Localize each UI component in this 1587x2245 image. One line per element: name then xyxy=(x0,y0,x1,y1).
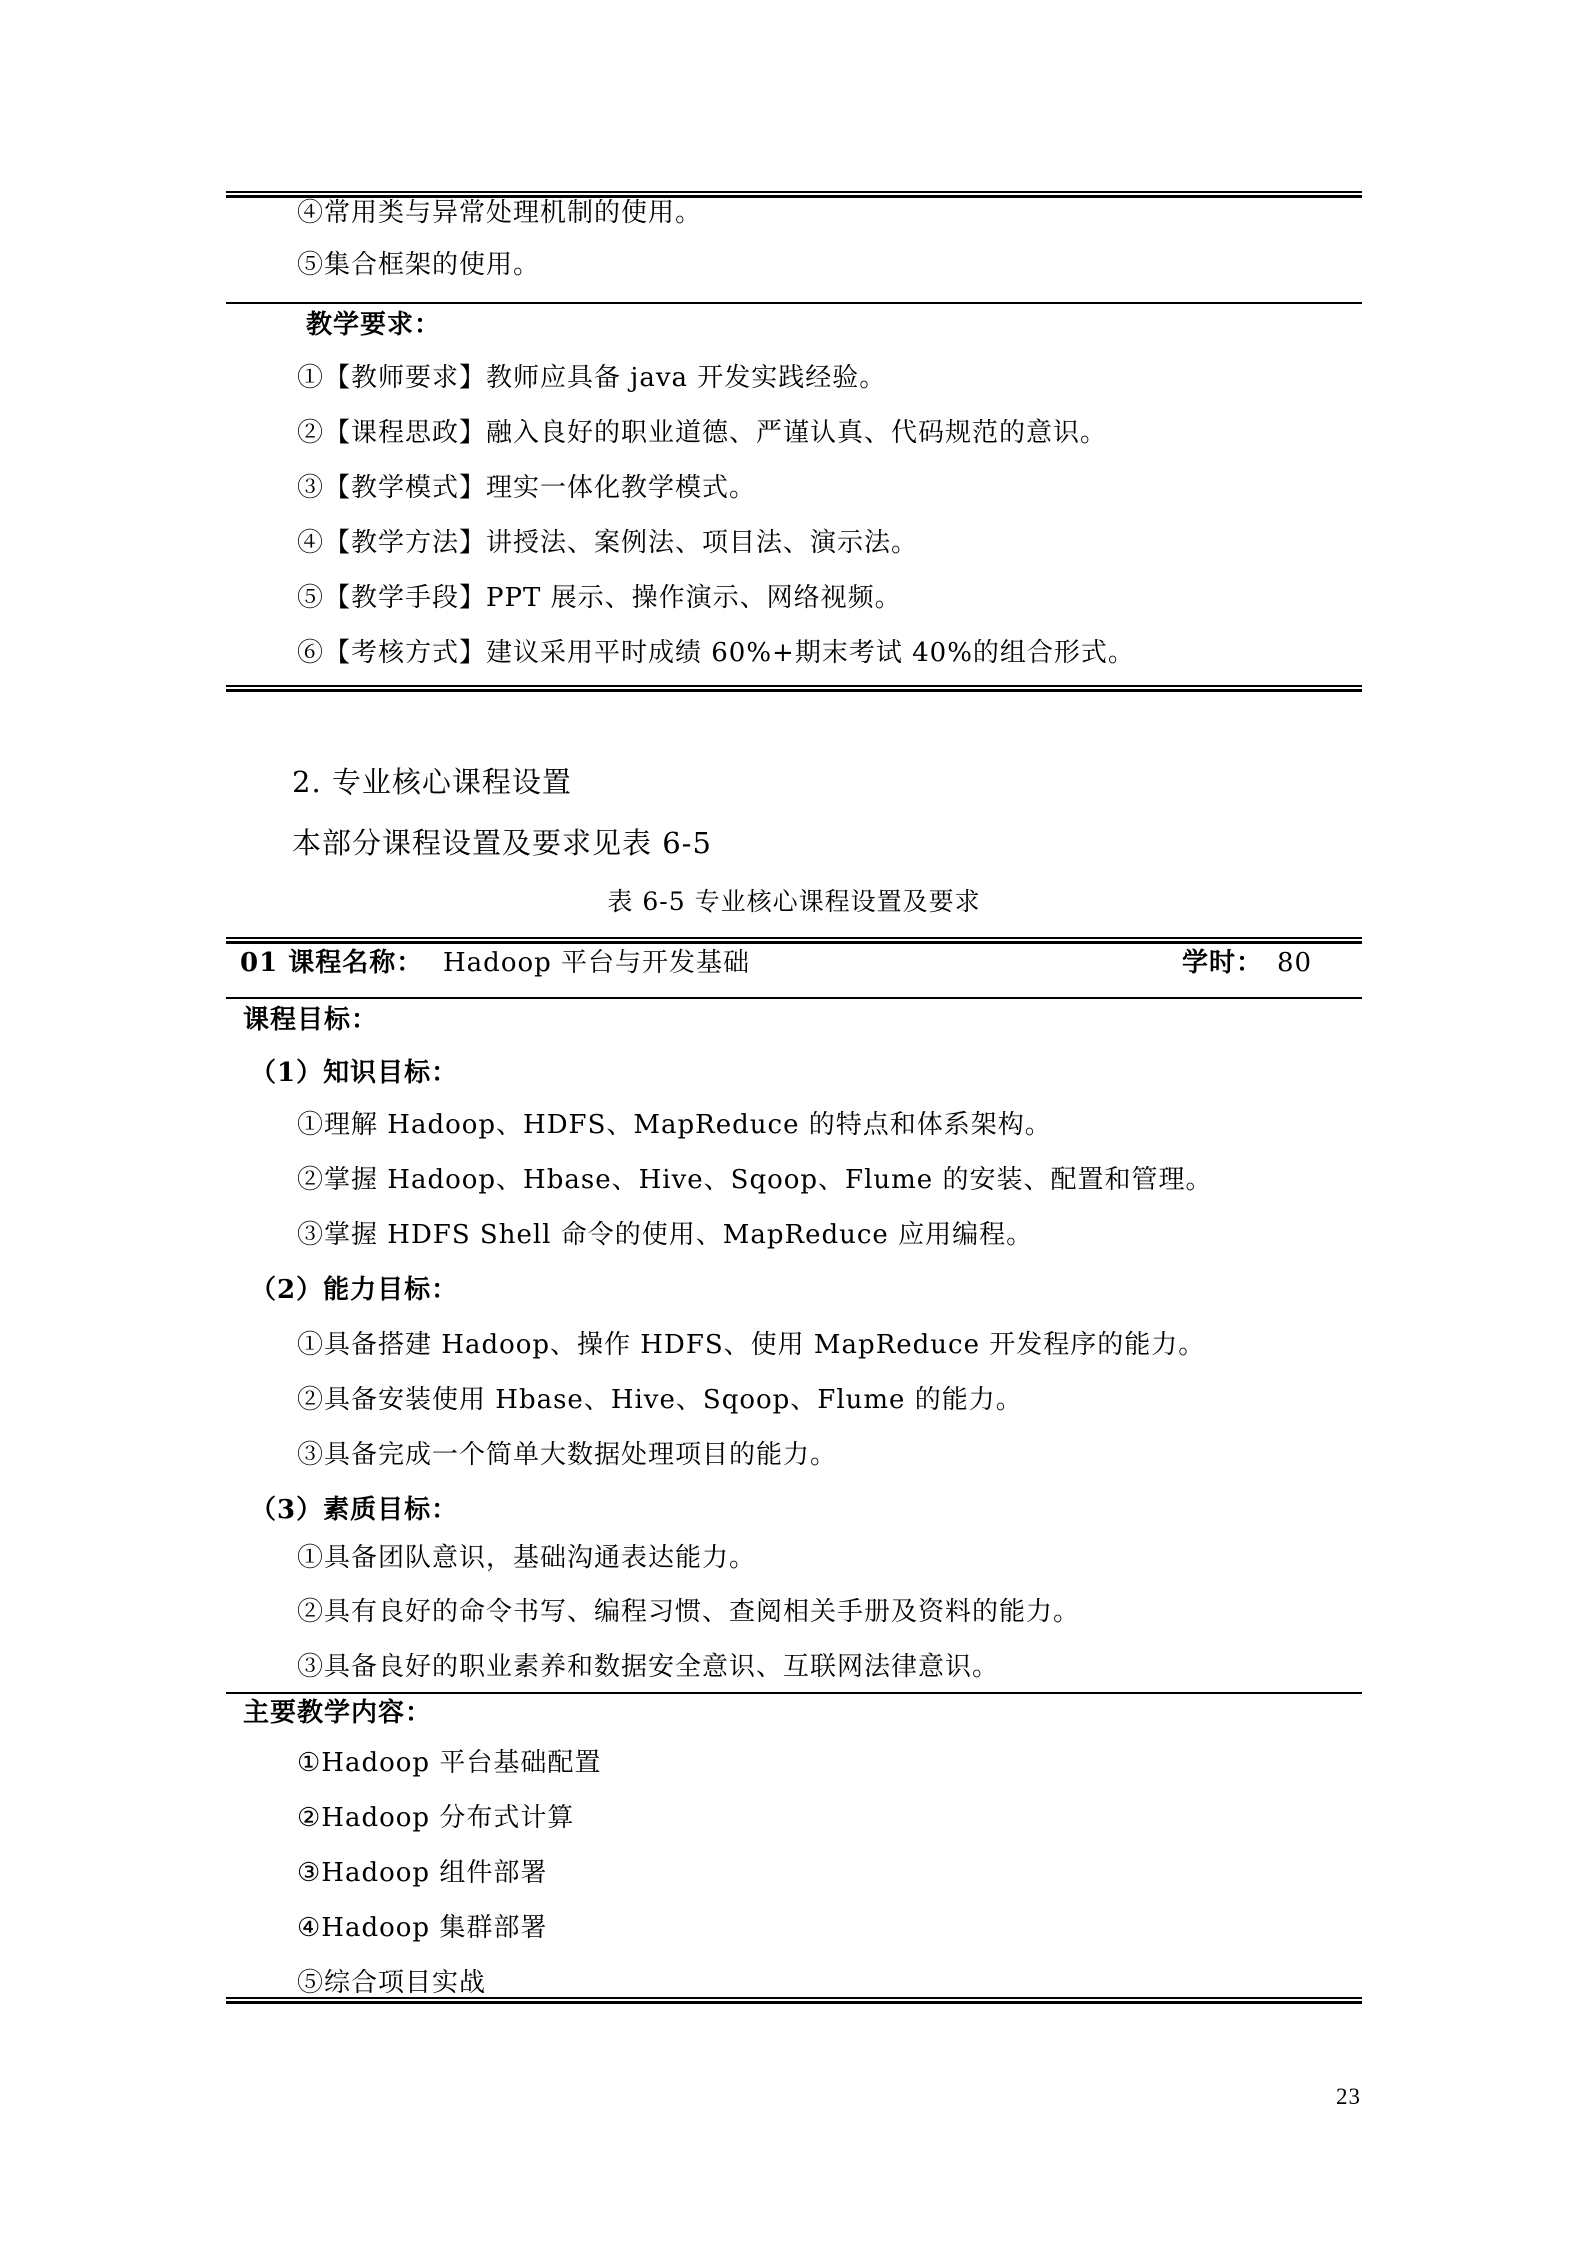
objective-item: ③掌握 HDFS Shell 命令的使用、MapReduce 应用编程。 xyxy=(297,1220,1033,1250)
content-item: ④常用类与异常处理机制的使用。 xyxy=(297,198,702,228)
content-item: ②Hadoop 分布式计算 xyxy=(297,1803,574,1833)
objective-item: ③具备完成一个简单大数据处理项目的能力。 xyxy=(297,1440,837,1470)
hours-label: 学时： xyxy=(1182,948,1263,978)
content-item: ⑤综合项目实战 xyxy=(297,1968,486,1998)
course-name-label: 01 课程名称： xyxy=(240,948,423,978)
objective-group-title: （2）能力目标： xyxy=(250,1275,458,1305)
course-name-value: Hadoop 平台与开发基础 xyxy=(443,948,750,978)
section-intro: 本部分课程设置及要求见表 6-5 xyxy=(292,826,712,860)
requirements-title: 教学要求： xyxy=(306,310,441,340)
requirement-item: ⑤【教学手段】PPT 展示、操作演示、网络视频。 xyxy=(297,583,902,613)
course-header-divider xyxy=(226,997,1362,999)
objective-item: ①理解 Hadoop、HDFS、MapReduce 的特点和体系架构。 xyxy=(297,1110,1052,1140)
objective-item: ②掌握 Hadoop、Hbase、Hive、Sqoop、Flume 的安装、配置… xyxy=(297,1165,1212,1195)
requirement-item: ①【教师要求】教师应具备 java 开发实践经验。 xyxy=(297,363,886,393)
content-item: ③Hadoop 组件部署 xyxy=(297,1858,547,1888)
content-item: ①Hadoop 平台基础配置 xyxy=(297,1748,601,1778)
section-heading: 2. 专业核心课程设置 xyxy=(292,765,572,799)
document-page: ④常用类与异常处理机制的使用。 ⑤集合框架的使用。 教学要求： ①【教师要求】教… xyxy=(0,0,1587,2245)
objective-item: ②具备安装使用 Hbase、Hive、Sqoop、Flume 的能力。 xyxy=(297,1385,1023,1415)
table-divider-rule xyxy=(226,302,1362,304)
page-number: 23 xyxy=(1336,2084,1361,2110)
objective-item: ①具备团队意识，基础沟通表达能力。 xyxy=(297,1543,756,1573)
course-table-top-double-rule xyxy=(226,937,1362,944)
hours-value: 80 xyxy=(1277,948,1312,978)
table-top-double-rule xyxy=(226,191,1362,198)
content-title: 主要教学内容： xyxy=(243,1698,432,1728)
objective-group-title: （3）素质目标： xyxy=(250,1495,458,1525)
content-item: ④Hadoop 集群部署 xyxy=(297,1913,547,1943)
content-item: ⑤集合框架的使用。 xyxy=(297,250,540,280)
requirement-item: ②【课程思政】融入良好的职业道德、严谨认真、代码规范的意识。 xyxy=(297,418,1107,448)
requirement-item: ④【教学方法】讲授法、案例法、项目法、演示法。 xyxy=(297,528,918,558)
objective-item: ②具有良好的命令书写、编程习惯、查阅相关手册及资料的能力。 xyxy=(297,1597,1080,1627)
table-caption: 表 6-5 专业核心课程设置及要求 xyxy=(226,887,1362,917)
content-divider-rule xyxy=(226,1692,1362,1694)
objective-group-title: （1）知识目标： xyxy=(250,1058,458,1088)
requirement-item: ⑥【考核方式】建议采用平时成绩 60%+期末考试 40%的组合形式。 xyxy=(297,638,1135,668)
table-bottom-double-rule xyxy=(226,685,1362,692)
course-table-bottom-double-rule xyxy=(226,1997,1362,2004)
objective-item: ①具备搭建 Hadoop、操作 HDFS、使用 MapReduce 开发程序的能… xyxy=(297,1330,1205,1360)
objectives-title: 课程目标： xyxy=(243,1005,378,1035)
objective-item: ③具备良好的职业素养和数据安全意识、互联网法律意识。 xyxy=(297,1652,999,1682)
requirement-item: ③【教学模式】理实一体化教学模式。 xyxy=(297,473,756,503)
